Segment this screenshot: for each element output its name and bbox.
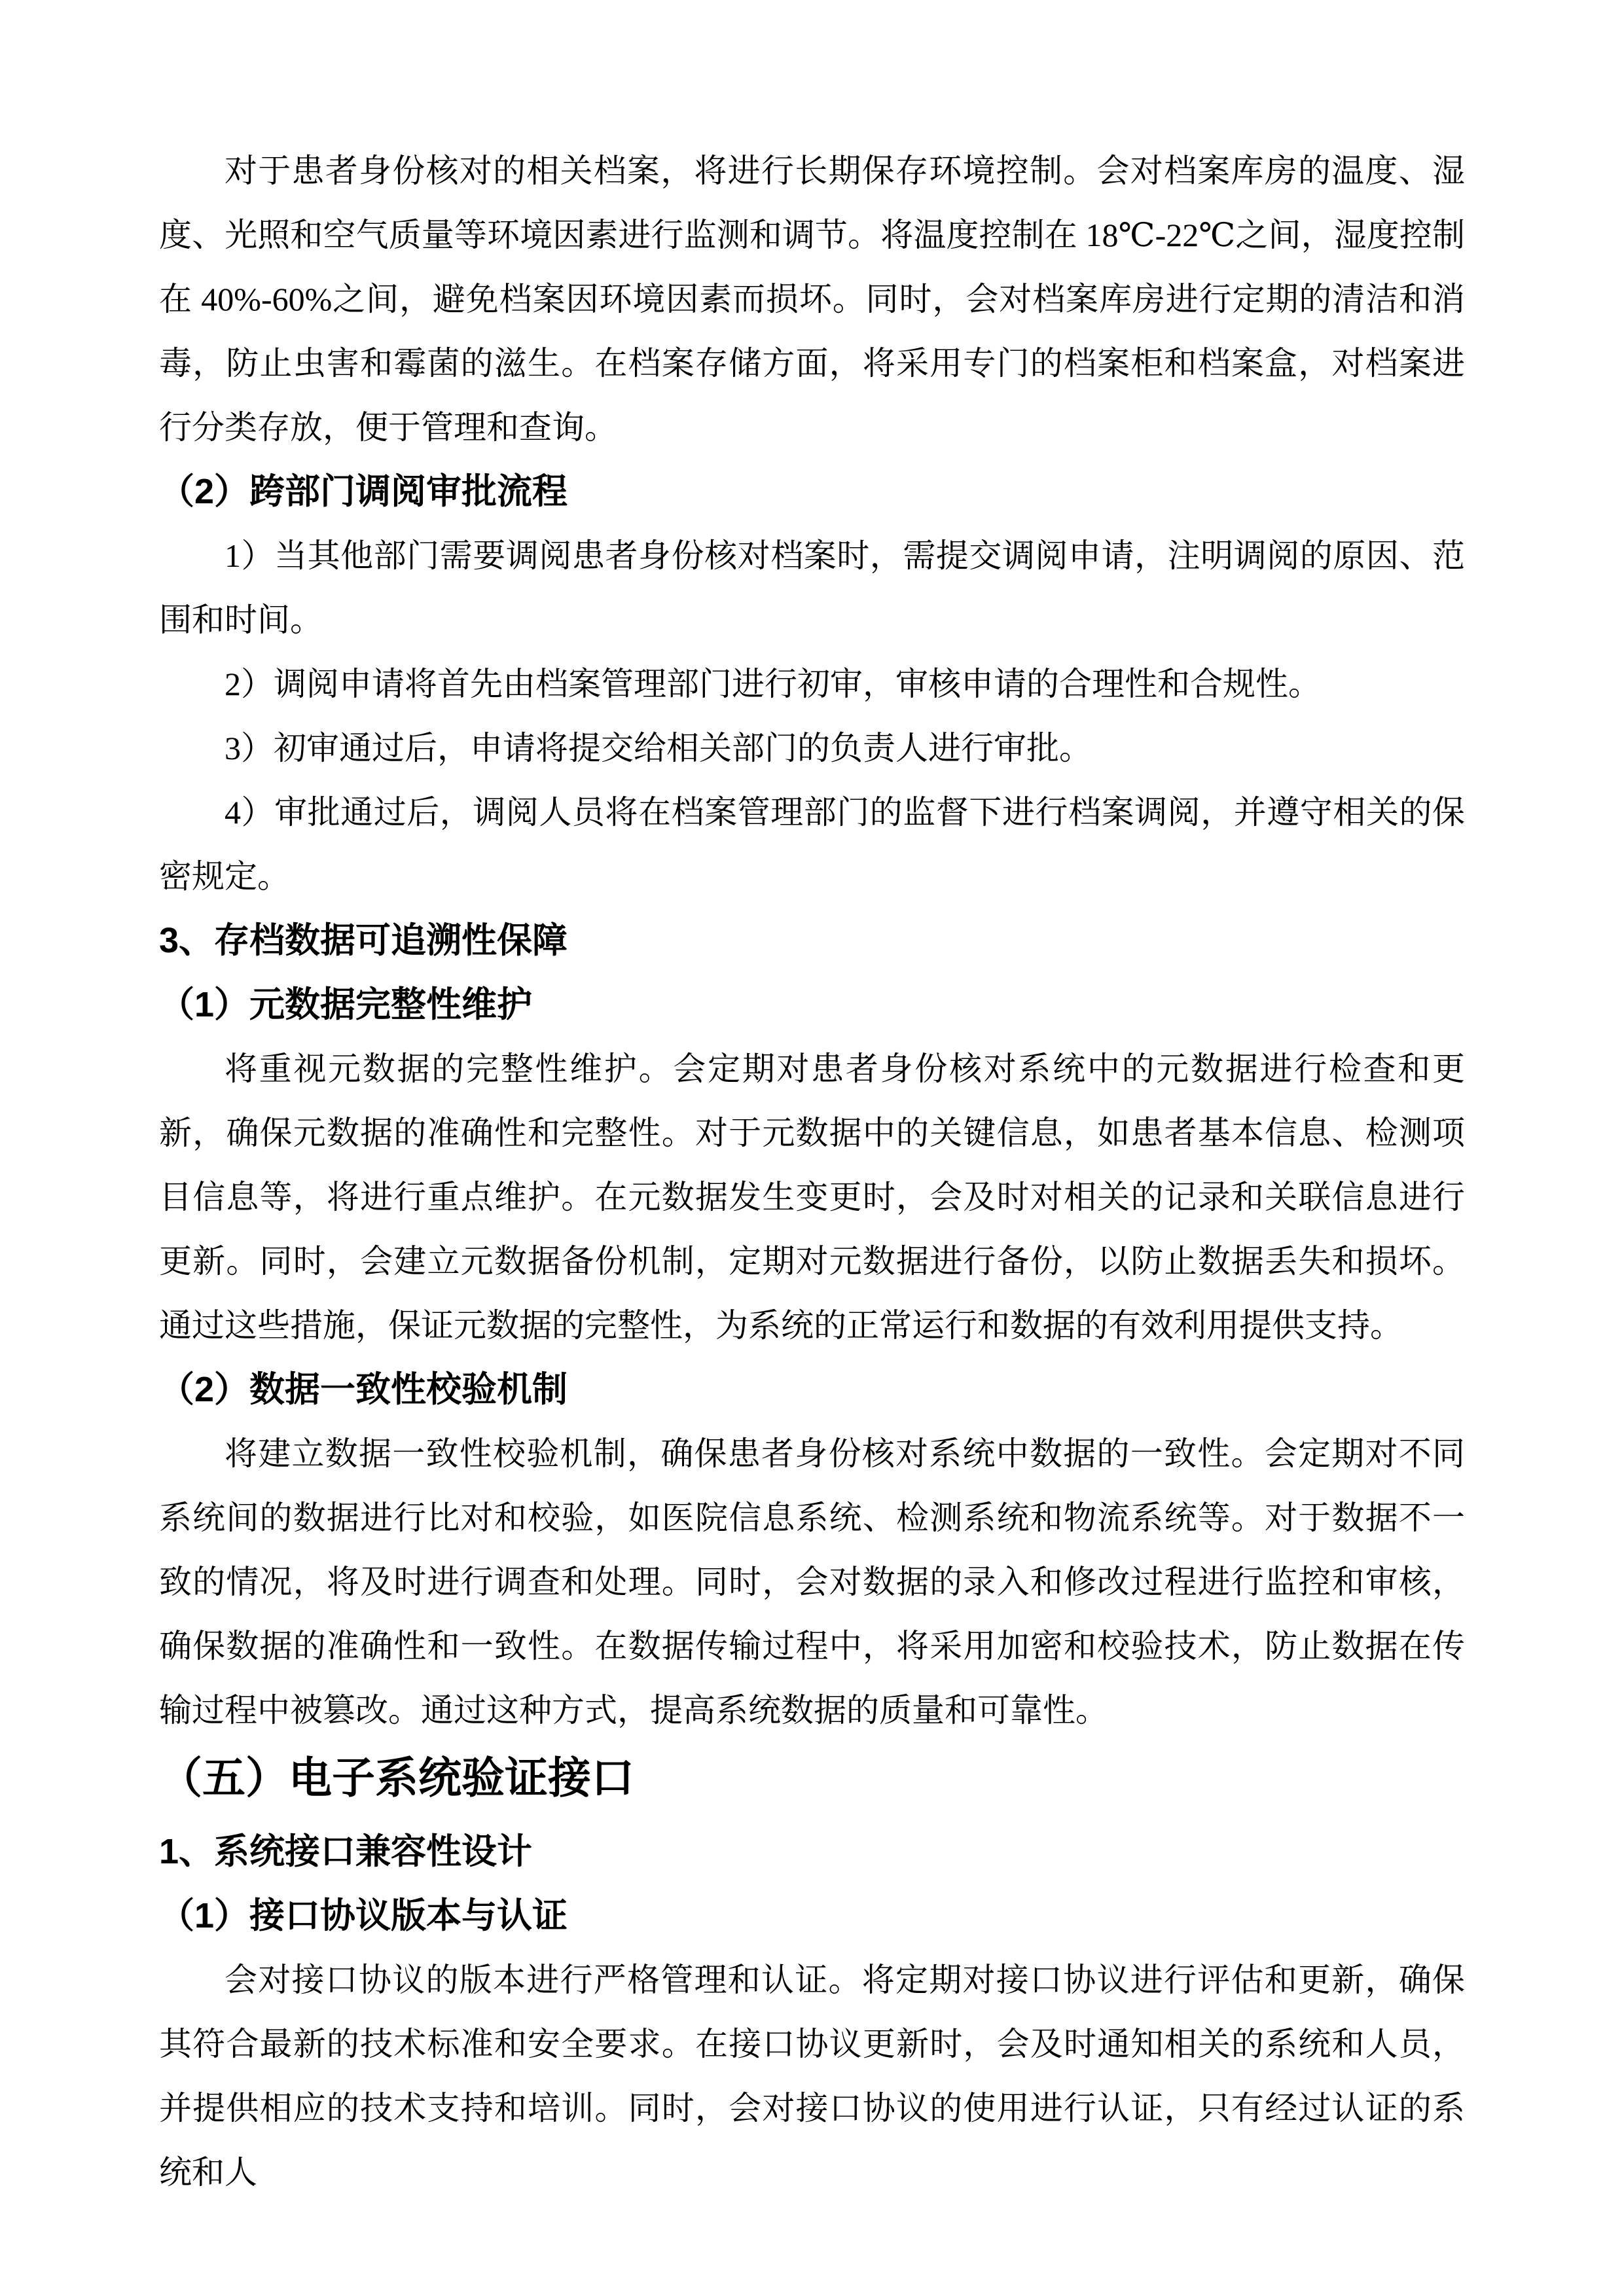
- document-page: 对于患者身份核对的相关档案，将进行长期保存环境控制。会对档案库房的温度、湿度、光…: [0, 0, 1624, 2296]
- para-consistency-mechanism: 将建立数据一致性校验机制，确保患者身份核对系统中数据的一致性。会定期对不同系统间…: [159, 1422, 1465, 1742]
- para-protocol-management: 会对接口协议的版本进行严格管理和认证。将定期对接口协议进行评估和更新，确保其符合…: [159, 1948, 1465, 2204]
- para-step4-supervised-access: 4）审批通过后，调阅人员将在档案管理部门的监督下进行档案调阅，并遵守相关的保密规…: [159, 780, 1465, 908]
- heading-metadata-integrity: （1）元数据完整性维护: [159, 973, 1465, 1037]
- heading-electronic-system-verification-interface: （五）电子系统验证接口: [159, 1742, 1465, 1813]
- heading-cross-dept-approval-process: （2）跨部门调阅审批流程: [159, 459, 1465, 524]
- para-step2-initial-review: 2）调阅申请将首先由档案管理部门进行初审，审核申请的合理性和合规性。: [159, 652, 1465, 716]
- heading-interface-compatibility-design: 1、系统接口兼容性设计: [159, 1820, 1465, 1884]
- heading-protocol-version-authentication: （1）接口协议版本与认证: [159, 1884, 1465, 1948]
- para-step3-leader-approval: 3）初审通过后，申请将提交给相关部门的负责人进行审批。: [159, 716, 1465, 780]
- para-metadata-maintenance: 将重视元数据的完整性维护。会定期对患者身份核对系统中的元数据进行检查和更新，确保…: [159, 1037, 1465, 1357]
- para-step1-submit-request: 1）当其他部门需要调阅患者身份核对档案时，需提交调阅申请，注明调阅的原因、范围和…: [159, 524, 1465, 652]
- heading-data-consistency-check: （2）数据一致性校验机制: [159, 1357, 1465, 1422]
- document-content: 对于患者身份核对的相关档案，将进行长期保存环境控制。会对档案库房的温度、湿度、光…: [159, 139, 1465, 2204]
- heading-archived-data-traceability: 3、存档数据可追溯性保障: [159, 908, 1465, 973]
- para-archive-environment-control: 对于患者身份核对的相关档案，将进行长期保存环境控制。会对档案库房的温度、湿度、光…: [159, 139, 1465, 459]
